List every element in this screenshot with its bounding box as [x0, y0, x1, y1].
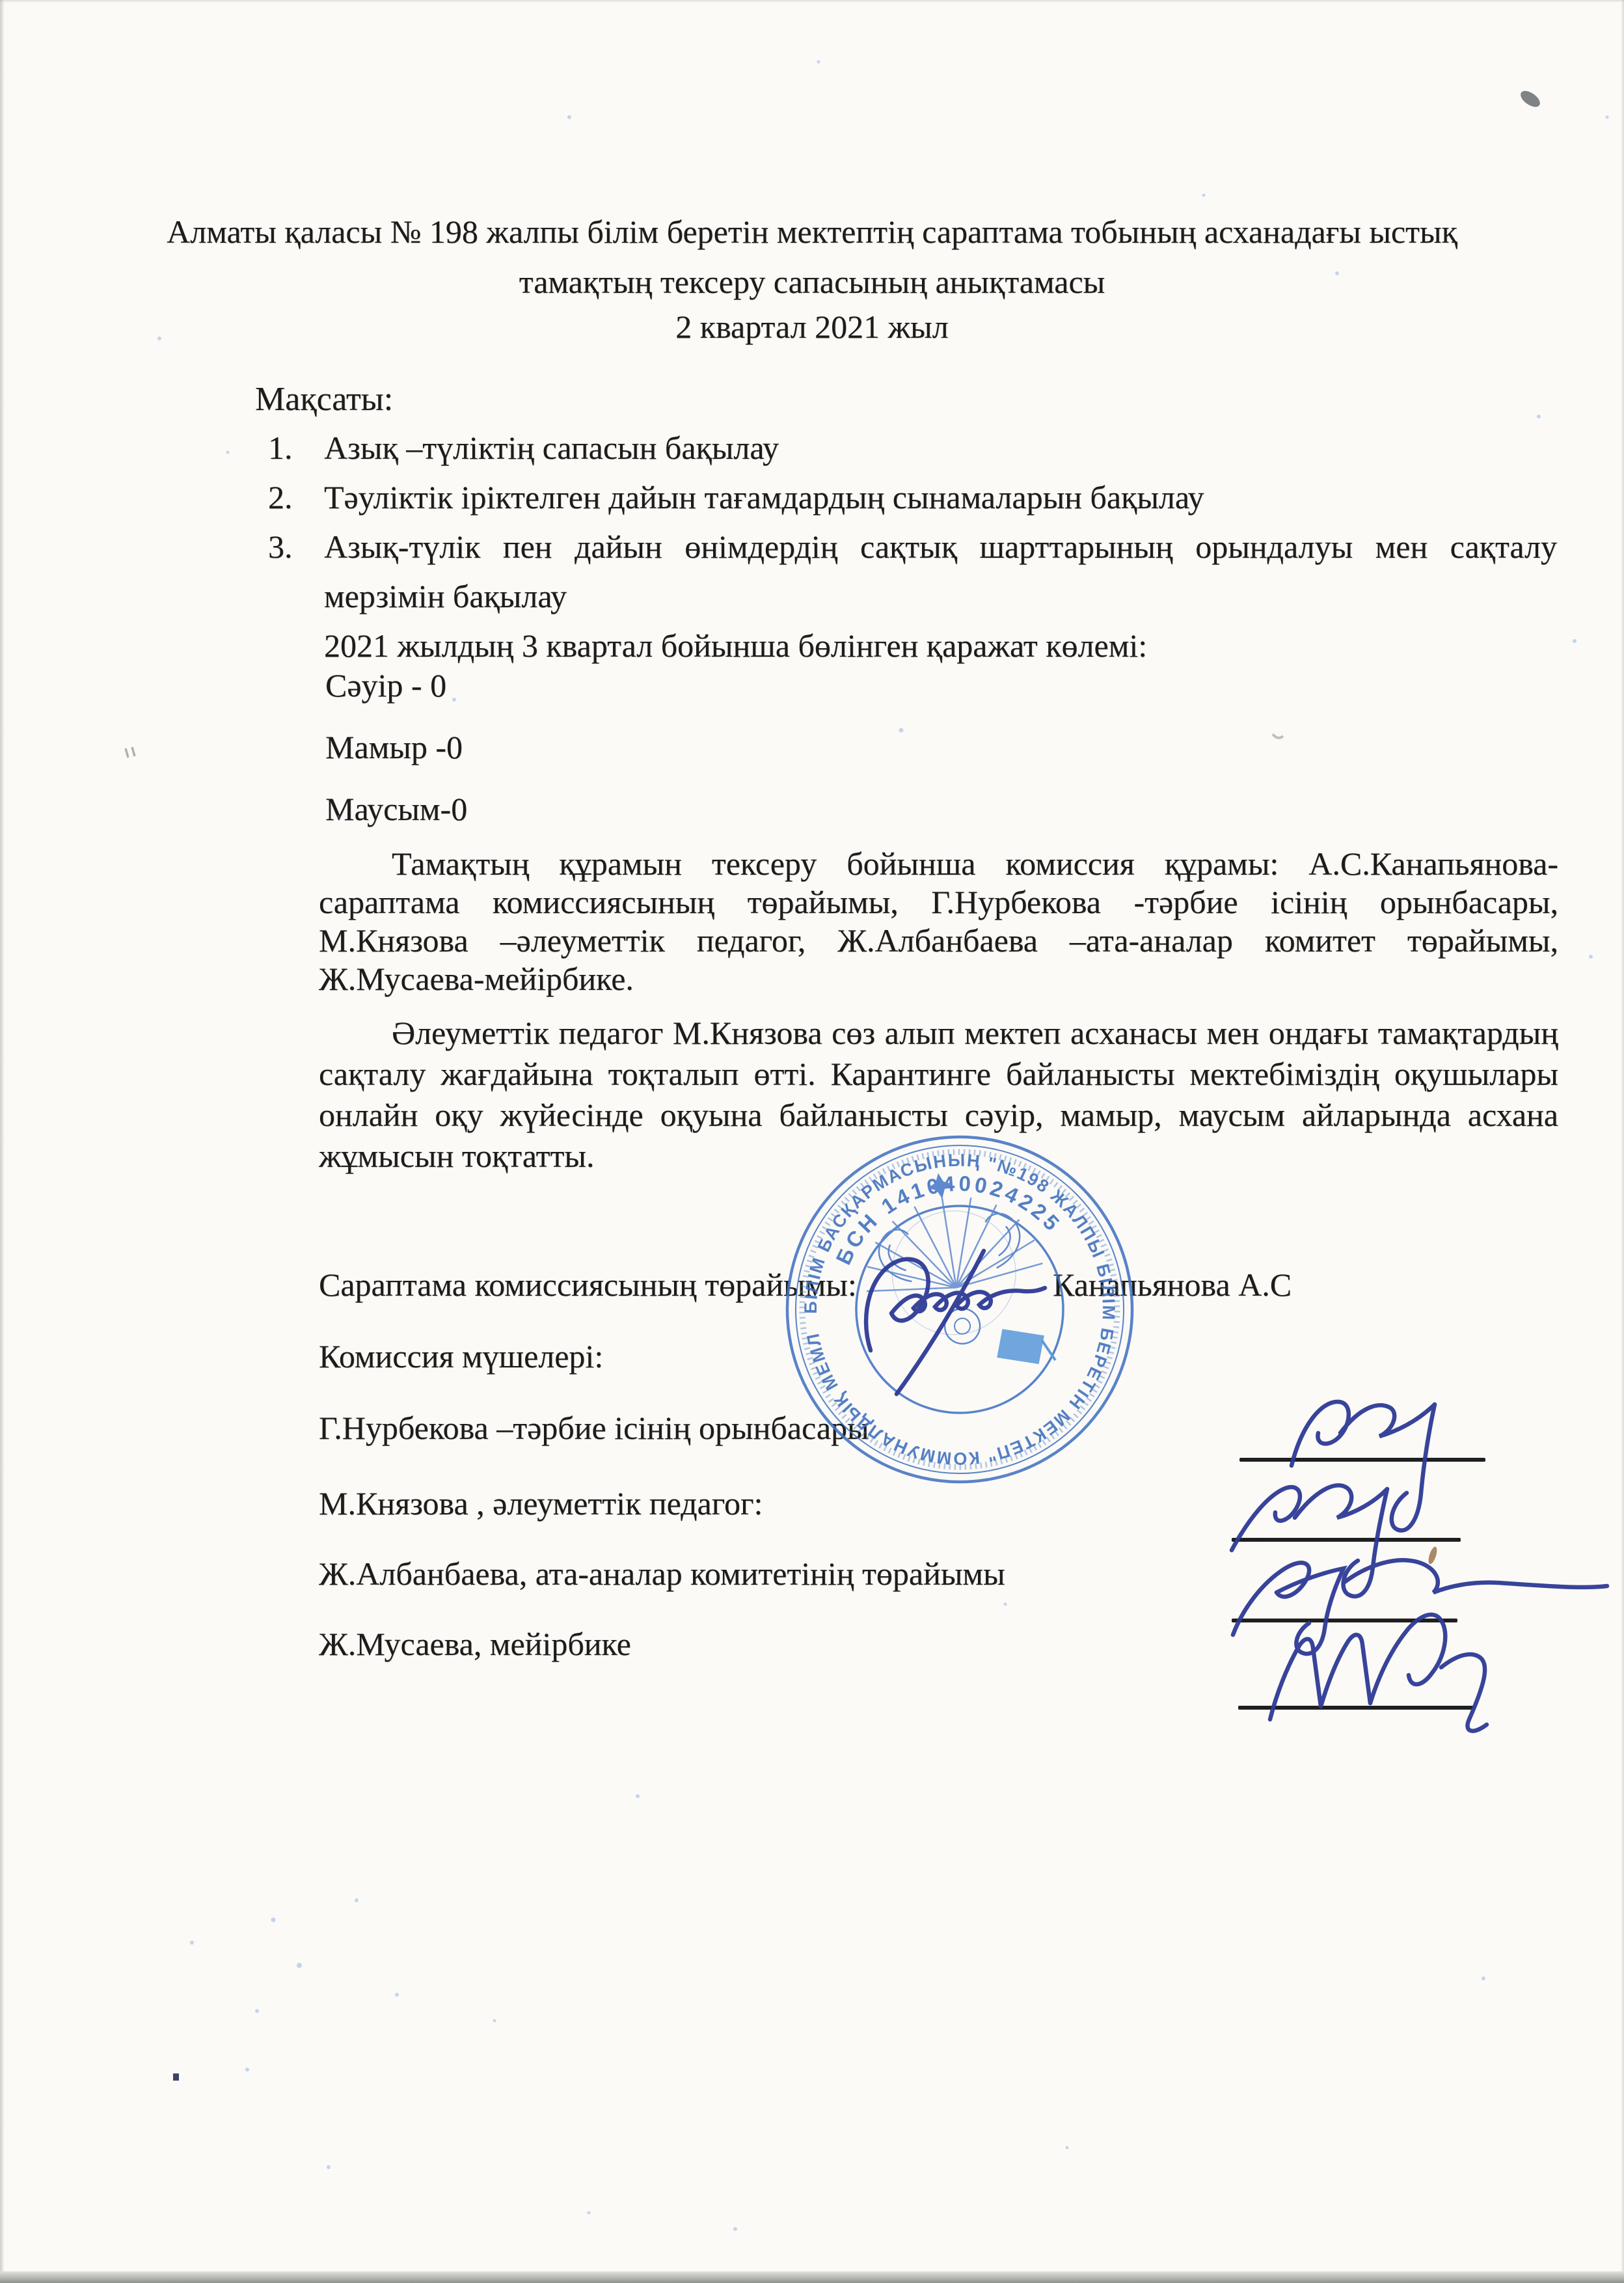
- member-row: Ж.Албанбаева, ата-аналар комитетінің төр…: [319, 1555, 1005, 1593]
- title-line-2: тамақтың тексеру сапасының анықтамасы: [83, 257, 1541, 307]
- member-signatures-ink: [1232, 1402, 1607, 1731]
- signature-line-4: [1238, 1706, 1474, 1710]
- scan-edge-top: [0, 0, 1624, 3]
- goal-item: 3. Азық-түлік пен дайын өнімдердің сақты…: [268, 522, 1562, 621]
- months-list: Сәуір - 0 Мамыр -0 Маусым-0: [325, 655, 467, 840]
- title-line-1: Алматы қаласы № 198 жалпы білім беретін …: [83, 207, 1541, 257]
- month-line: Сәуір - 0: [325, 655, 467, 717]
- report-period: 2 квартал 2021 жыл: [83, 308, 1541, 346]
- signature-line-2: [1232, 1538, 1461, 1542]
- budget-line: 2021 жылдың 3 квартал бойынша бөлінген қ…: [324, 621, 1557, 670]
- goal-number: 1.: [268, 423, 324, 472]
- goal-number: 3.: [268, 522, 324, 621]
- chair-signature-row: Сараптама комиссиясының төрайымы: Канапь…: [319, 1266, 1594, 1304]
- chair-label: Сараптама комиссиясының төрайымы:: [319, 1266, 857, 1303]
- goal-text: Азық-түлік пен дайын өнімдердің сақтық ш…: [324, 522, 1557, 621]
- chair-name: Канапьянова А.С: [1053, 1266, 1292, 1304]
- scan-edge-left: [0, 0, 5, 2283]
- document-title: Алматы қаласы № 198 жалпы білім беретін …: [83, 207, 1541, 307]
- signature-line-1: [1239, 1458, 1485, 1462]
- members-label: Комиссия мүшелері:: [319, 1338, 603, 1376]
- goal-item: 1. Азық –түліктің сапасын бақылау: [268, 423, 1562, 472]
- stamp-cap-mark-icon: [993, 1322, 1049, 1370]
- goal-text: Тәуліктік іріктелген дайын тағамдардың с…: [324, 472, 1557, 522]
- goal-number: 2.: [268, 472, 324, 522]
- report-paragraph: Әлеуметтік педагог М.Князова сөз алып ме…: [319, 1013, 1558, 1177]
- goals-list: 1. Азық –түліктің сапасын бақылау 2. Тәу…: [268, 423, 1562, 670]
- signature-line-3: [1232, 1619, 1457, 1622]
- month-line: Мамыр -0: [325, 717, 467, 778]
- member-row: Г.Нурбекова –тәрбие ісінің орынбасары: [319, 1410, 869, 1447]
- scanned-document-page: Алматы қаласы № 198 жалпы білім беретін …: [0, 0, 1624, 2283]
- member-row: М.Князова , әлеуметтік педагог:: [319, 1485, 763, 1523]
- member-row: Ж.Мусаева, мейірбике: [319, 1626, 631, 1663]
- month-line: Маусым-0: [325, 778, 467, 840]
- scan-edge-bottom: [0, 2271, 1624, 2283]
- commission-paragraph: Тамақтың құрамын тексеру бойынша комисси…: [319, 845, 1558, 998]
- scan-edge-right: [1621, 0, 1624, 2283]
- purpose-label: Мақсаты:: [255, 380, 393, 419]
- goal-item: 2. Тәуліктік іріктелген дайын тағамдарды…: [268, 472, 1562, 522]
- goal-text: Азық –түліктің сапасын бақылау: [324, 423, 1557, 472]
